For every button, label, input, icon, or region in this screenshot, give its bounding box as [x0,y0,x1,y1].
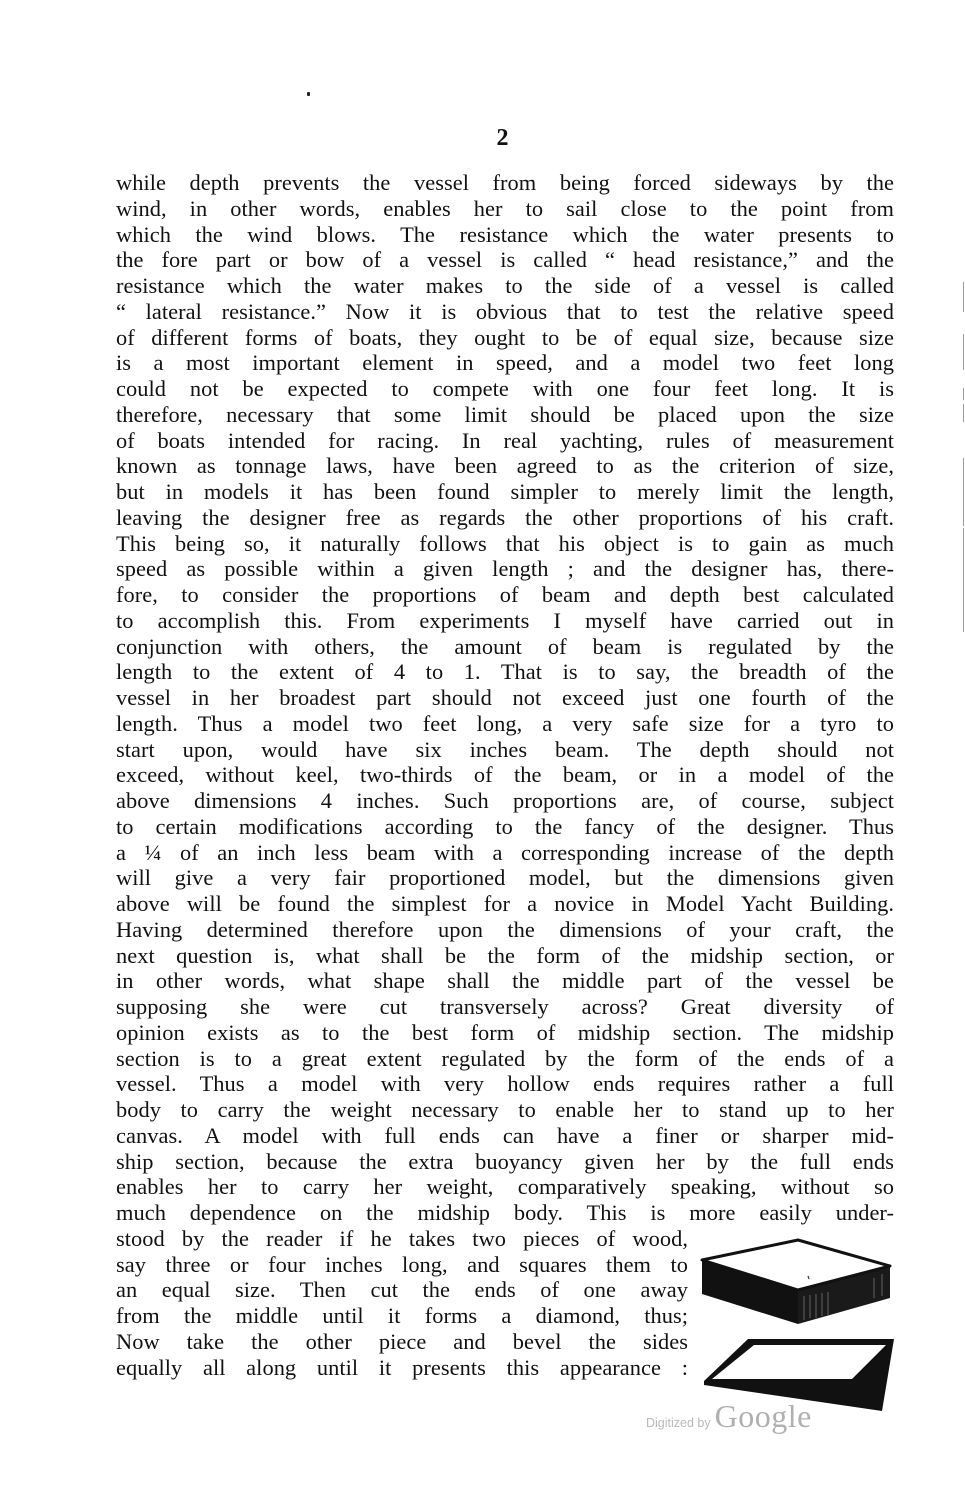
text-line: resistance which the water makes to the … [116,273,894,299]
text-line: above dimensions 4 inches. Such proporti… [116,788,894,814]
text-line: fore, to consider the proportions of bea… [116,582,894,608]
text-line: while depth prevents the vessel from bei… [116,170,894,196]
text-line: to certain modifications according to th… [116,814,894,840]
margin-rule [963,458,964,526]
text-line: canvas. A model with full ends can have … [116,1123,894,1149]
watermark-prefix: Digitized by [646,1416,711,1430]
text-line: Having determined therefore upon the dim… [116,917,894,943]
text-line: will give a very fair proportioned model… [116,865,894,891]
body-text: while depth prevents the vessel from bei… [116,170,894,1380]
scan-speck [307,92,310,96]
text-line: could not be expected to compete with on… [116,376,894,402]
text-line: to accomplish this. From experiments I m… [116,608,894,634]
margin-rule [963,282,964,312]
text-line: section is to a great extent regulated b… [116,1046,894,1072]
text-line: wind, in other words, enables her to sai… [116,196,894,222]
text-line: length to the extent of 4 to 1. That is … [116,659,894,685]
text-line: ship section, because the extra buoyancy… [116,1149,894,1175]
text-line: of boats intended for racing. In real ya… [116,428,894,454]
text-line: stood by the reader if he takes two piec… [116,1226,688,1252]
margin-rule [963,334,964,370]
text-line: speed as possible within a given length … [116,556,894,582]
text-line: from the middle until it forms a diamond… [116,1303,688,1329]
text-line: therefore, necessary that some limit sho… [116,402,894,428]
margin-rule [963,404,964,422]
text-line: a ¼ of an inch less beam with a correspo… [116,840,894,866]
text-line: the fore part or bow of a vessel is call… [116,247,894,273]
text-line: is a most important element in speed, an… [116,350,894,376]
text-line: start upon, would have six inches beam. … [116,737,894,763]
text-line: but in models it has been found simpler … [116,479,894,505]
text-line: leaving the designer free as regards the… [116,505,894,531]
margin-rule [963,388,964,400]
digitized-watermark: Digitized by Google [646,1402,812,1430]
text-line: Now take the other piece and bevel the s… [116,1329,688,1355]
text-line: conjunction with others, the amount of b… [116,634,894,660]
text-line: in other words, what shape shall the mid… [116,968,894,994]
margin-rule [963,528,964,632]
text-line: enables her to carry her weight, compara… [116,1174,894,1200]
text-line: above will be found the simplest for a n… [116,891,894,917]
diamond-block-figure [698,1238,898,1328]
text-line: of different forms of boats, they ought … [116,325,894,351]
text-line: an equal size. Then cut the ends of one … [116,1277,688,1303]
text-line: opinion exists as to the best form of mi… [116,1020,894,1046]
text-line: length. Thus a model two feet long, a ve… [116,711,894,737]
text-line: much dependence on the midship body. Thi… [116,1200,894,1226]
text-line: exceed, without keel, two-thirds of the … [116,762,894,788]
google-logo: Google [715,1402,812,1430]
text-line: body to carry the weight necessary to en… [116,1097,894,1123]
text-line: This being so, it naturally follows that… [116,531,894,557]
text-line: which the wind blows. The resistance whi… [116,222,894,248]
text-line: supposing she were cut transversely acro… [116,994,894,1020]
text-line: equally all along until it presents this… [116,1355,688,1381]
page-number: 2 [0,124,965,152]
text-line: “ lateral resistance.” Now it is obvious… [116,299,894,325]
text-line: known as tonnage laws, have been agreed … [116,453,894,479]
text-line: vessel in her broadest part should not e… [116,685,894,711]
text-line: say three or four inches long, and squar… [116,1252,688,1278]
text-line: next question is, what shall be the form… [116,943,894,969]
text-line: vessel. Thus a model with very hollow en… [116,1071,894,1097]
